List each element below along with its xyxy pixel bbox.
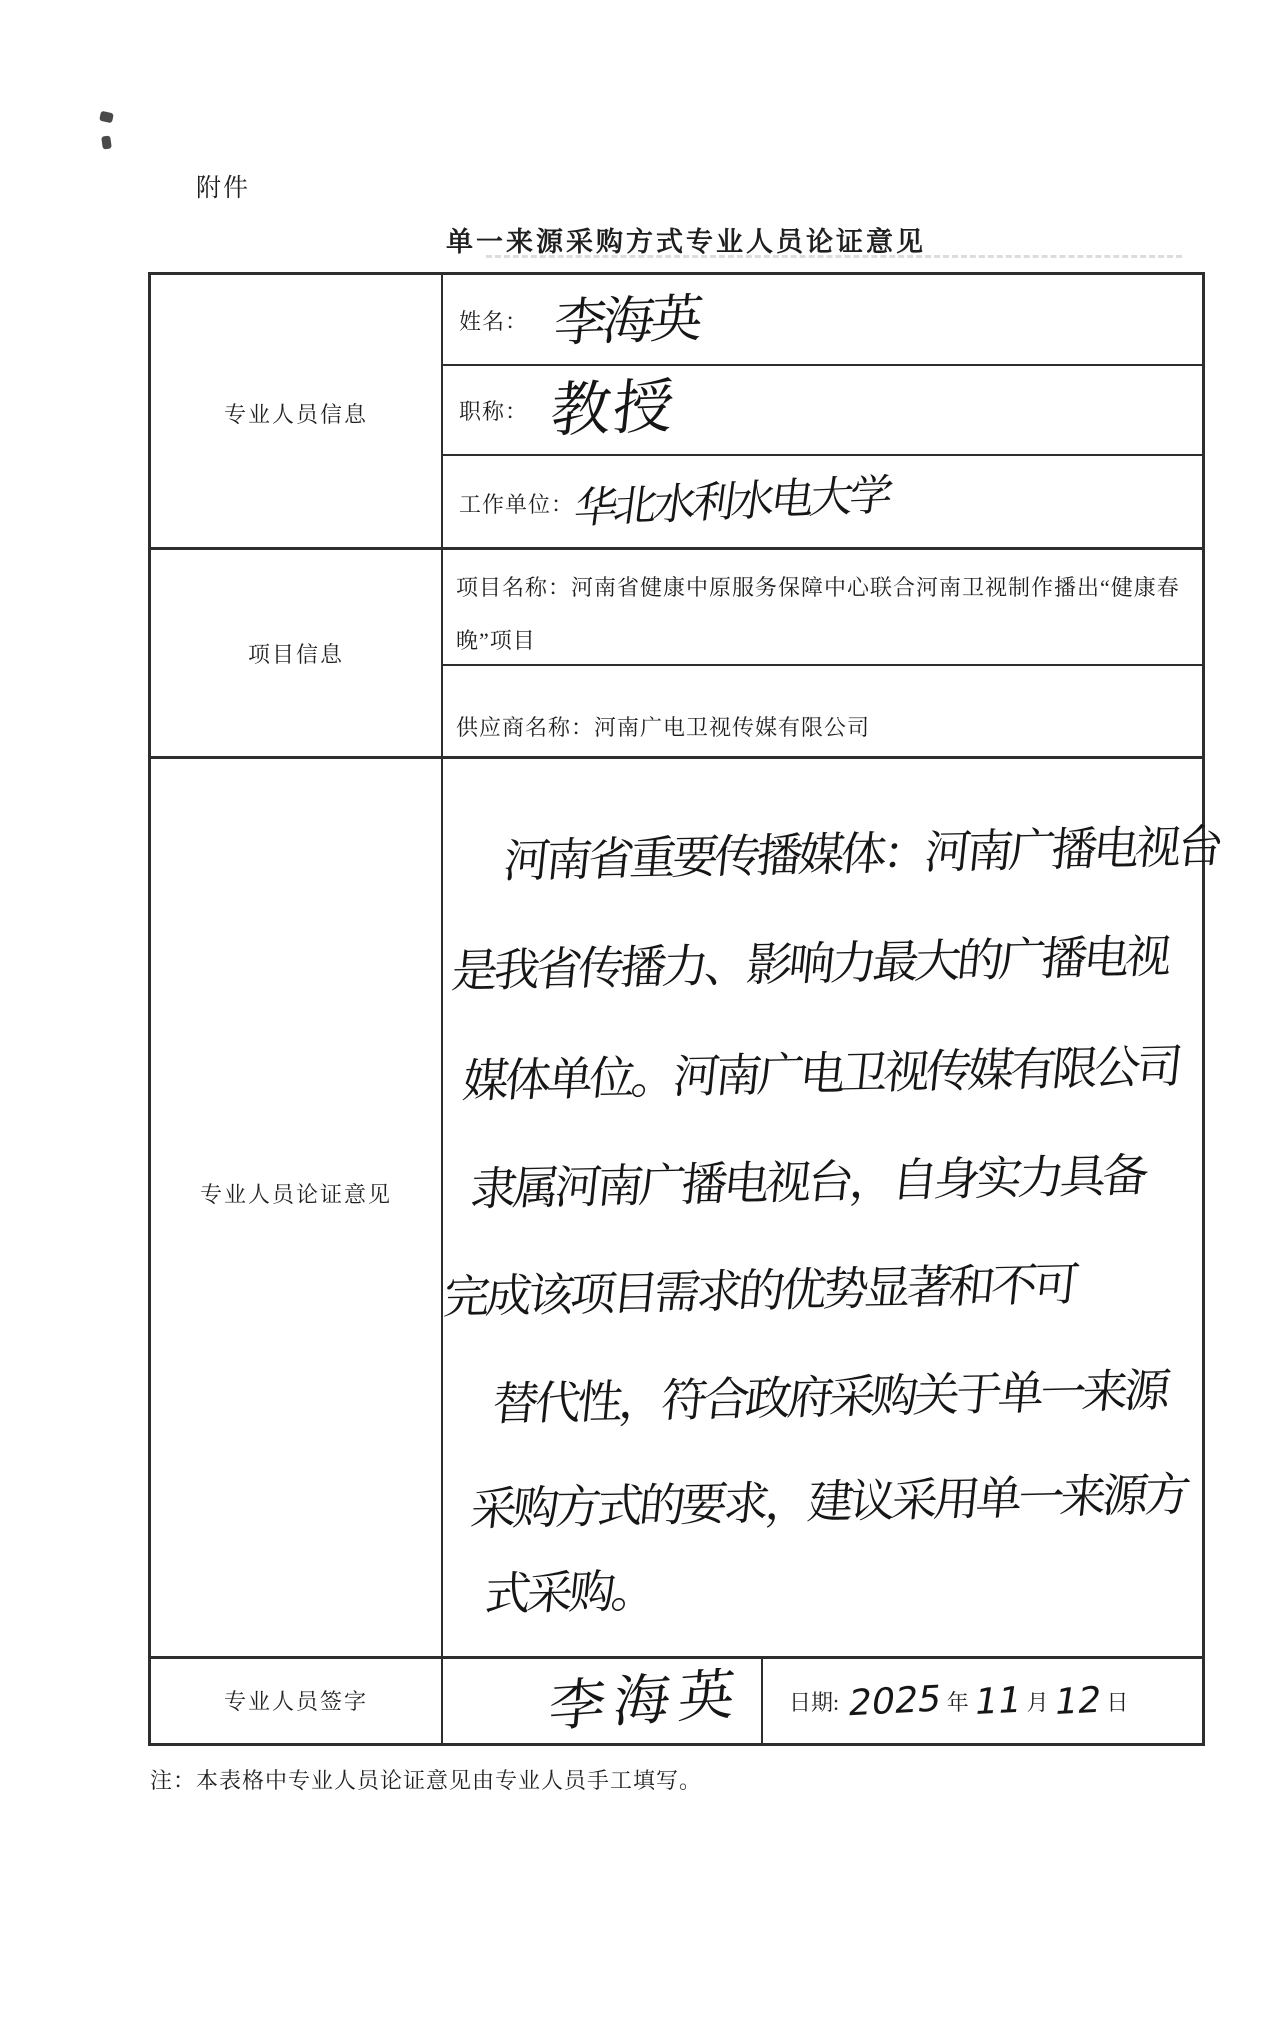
section-label-project-info: 项目信息	[151, 638, 441, 669]
section-label-expert-info: 专业人员信息	[151, 398, 441, 429]
date-day-unit: 日	[1106, 1686, 1128, 1717]
row-divider-jobtitle	[443, 454, 1202, 456]
section-divider-project-opinion	[151, 756, 1202, 759]
opinion-handwritten-line: 媒体单位。河南广电卫视传媒有限公司	[460, 1030, 1182, 1111]
attachment-label: 附件	[196, 168, 250, 204]
scan-smudge	[99, 111, 114, 123]
work-unit-handwritten-value: 华北水利水电大学	[571, 461, 893, 536]
supplier-label: 供应商名称：	[456, 715, 594, 740]
signature-handwritten: 李海英	[546, 1650, 747, 1743]
work-unit-label: 工作单位：	[459, 488, 574, 519]
opinion-handwritten-line: 完成该项目需求的优势显著和不可	[441, 1248, 1079, 1327]
date-label: 日期:	[789, 1686, 839, 1717]
page-title: 单一来源采购方式专业人员论证意见	[46, 220, 1280, 259]
date-cell: 日期: 2025 年 11 月 12 日	[789, 1673, 1128, 1729]
project-name-paragraph: 项目名称：河南省健康中原服务保障中心联合河南卫视制作播出“健康春晚”项目	[456, 561, 1201, 667]
supplier-paragraph: 供应商名称：河南广电卫视传媒有限公司	[456, 701, 1201, 754]
section-divider-expert-project	[151, 547, 1202, 550]
opinion-handwritten-line: 是我省传播力、影响力最大的广播电视	[449, 920, 1171, 1001]
job-title-label: 职称：	[459, 395, 528, 426]
opinion-handwritten-line: 河南省重要传播媒体：河南广播电视台	[501, 810, 1223, 891]
date-month-handwritten: 11	[971, 1679, 1024, 1722]
name-label: 姓名：	[459, 305, 528, 336]
footer-note: 注：本表格中专业人员论证意见由专业人员手工填写。	[150, 1764, 702, 1795]
section-label-opinion: 专业人员论证意见	[151, 1178, 441, 1209]
signature-date-divider	[761, 1656, 763, 1743]
label-column-divider	[441, 275, 443, 1743]
opinion-handwritten-line: 式采购。	[482, 1554, 657, 1624]
date-month-unit: 月	[1027, 1686, 1049, 1717]
date-year-handwritten: 2025	[845, 1678, 944, 1724]
date-year-unit: 年	[947, 1686, 969, 1717]
opinion-handwritten-line: 隶属河南广播电视台，自身实力具备	[468, 1139, 1148, 1219]
scanned-form-page: 附件 单一来源采购方式专业人员论证意见 专业人员信息 项目信息 专业人员论证意见…	[0, 0, 1280, 2020]
supplier-value: 河南广电卫视传媒有限公司	[594, 715, 870, 740]
date-day-handwritten: 12	[1051, 1679, 1104, 1722]
job-title-handwritten-value: 教授	[547, 359, 681, 449]
name-handwritten-value: 李海英	[551, 276, 704, 356]
opinion-handwritten-line: 替代性，符合政府采购关于单一来源	[490, 1354, 1170, 1434]
opinion-handwritten-line: 采购方式的要求，建议采用单一来源方	[468, 1458, 1190, 1539]
argumentation-form-table: 专业人员信息 项目信息 专业人员论证意见 专业人员签字 姓名： 李海英 职称： …	[148, 272, 1205, 1746]
section-label-signature: 专业人员签字	[151, 1685, 441, 1716]
project-name-label: 项目名称：	[456, 575, 571, 600]
scan-smudge	[101, 135, 112, 149]
